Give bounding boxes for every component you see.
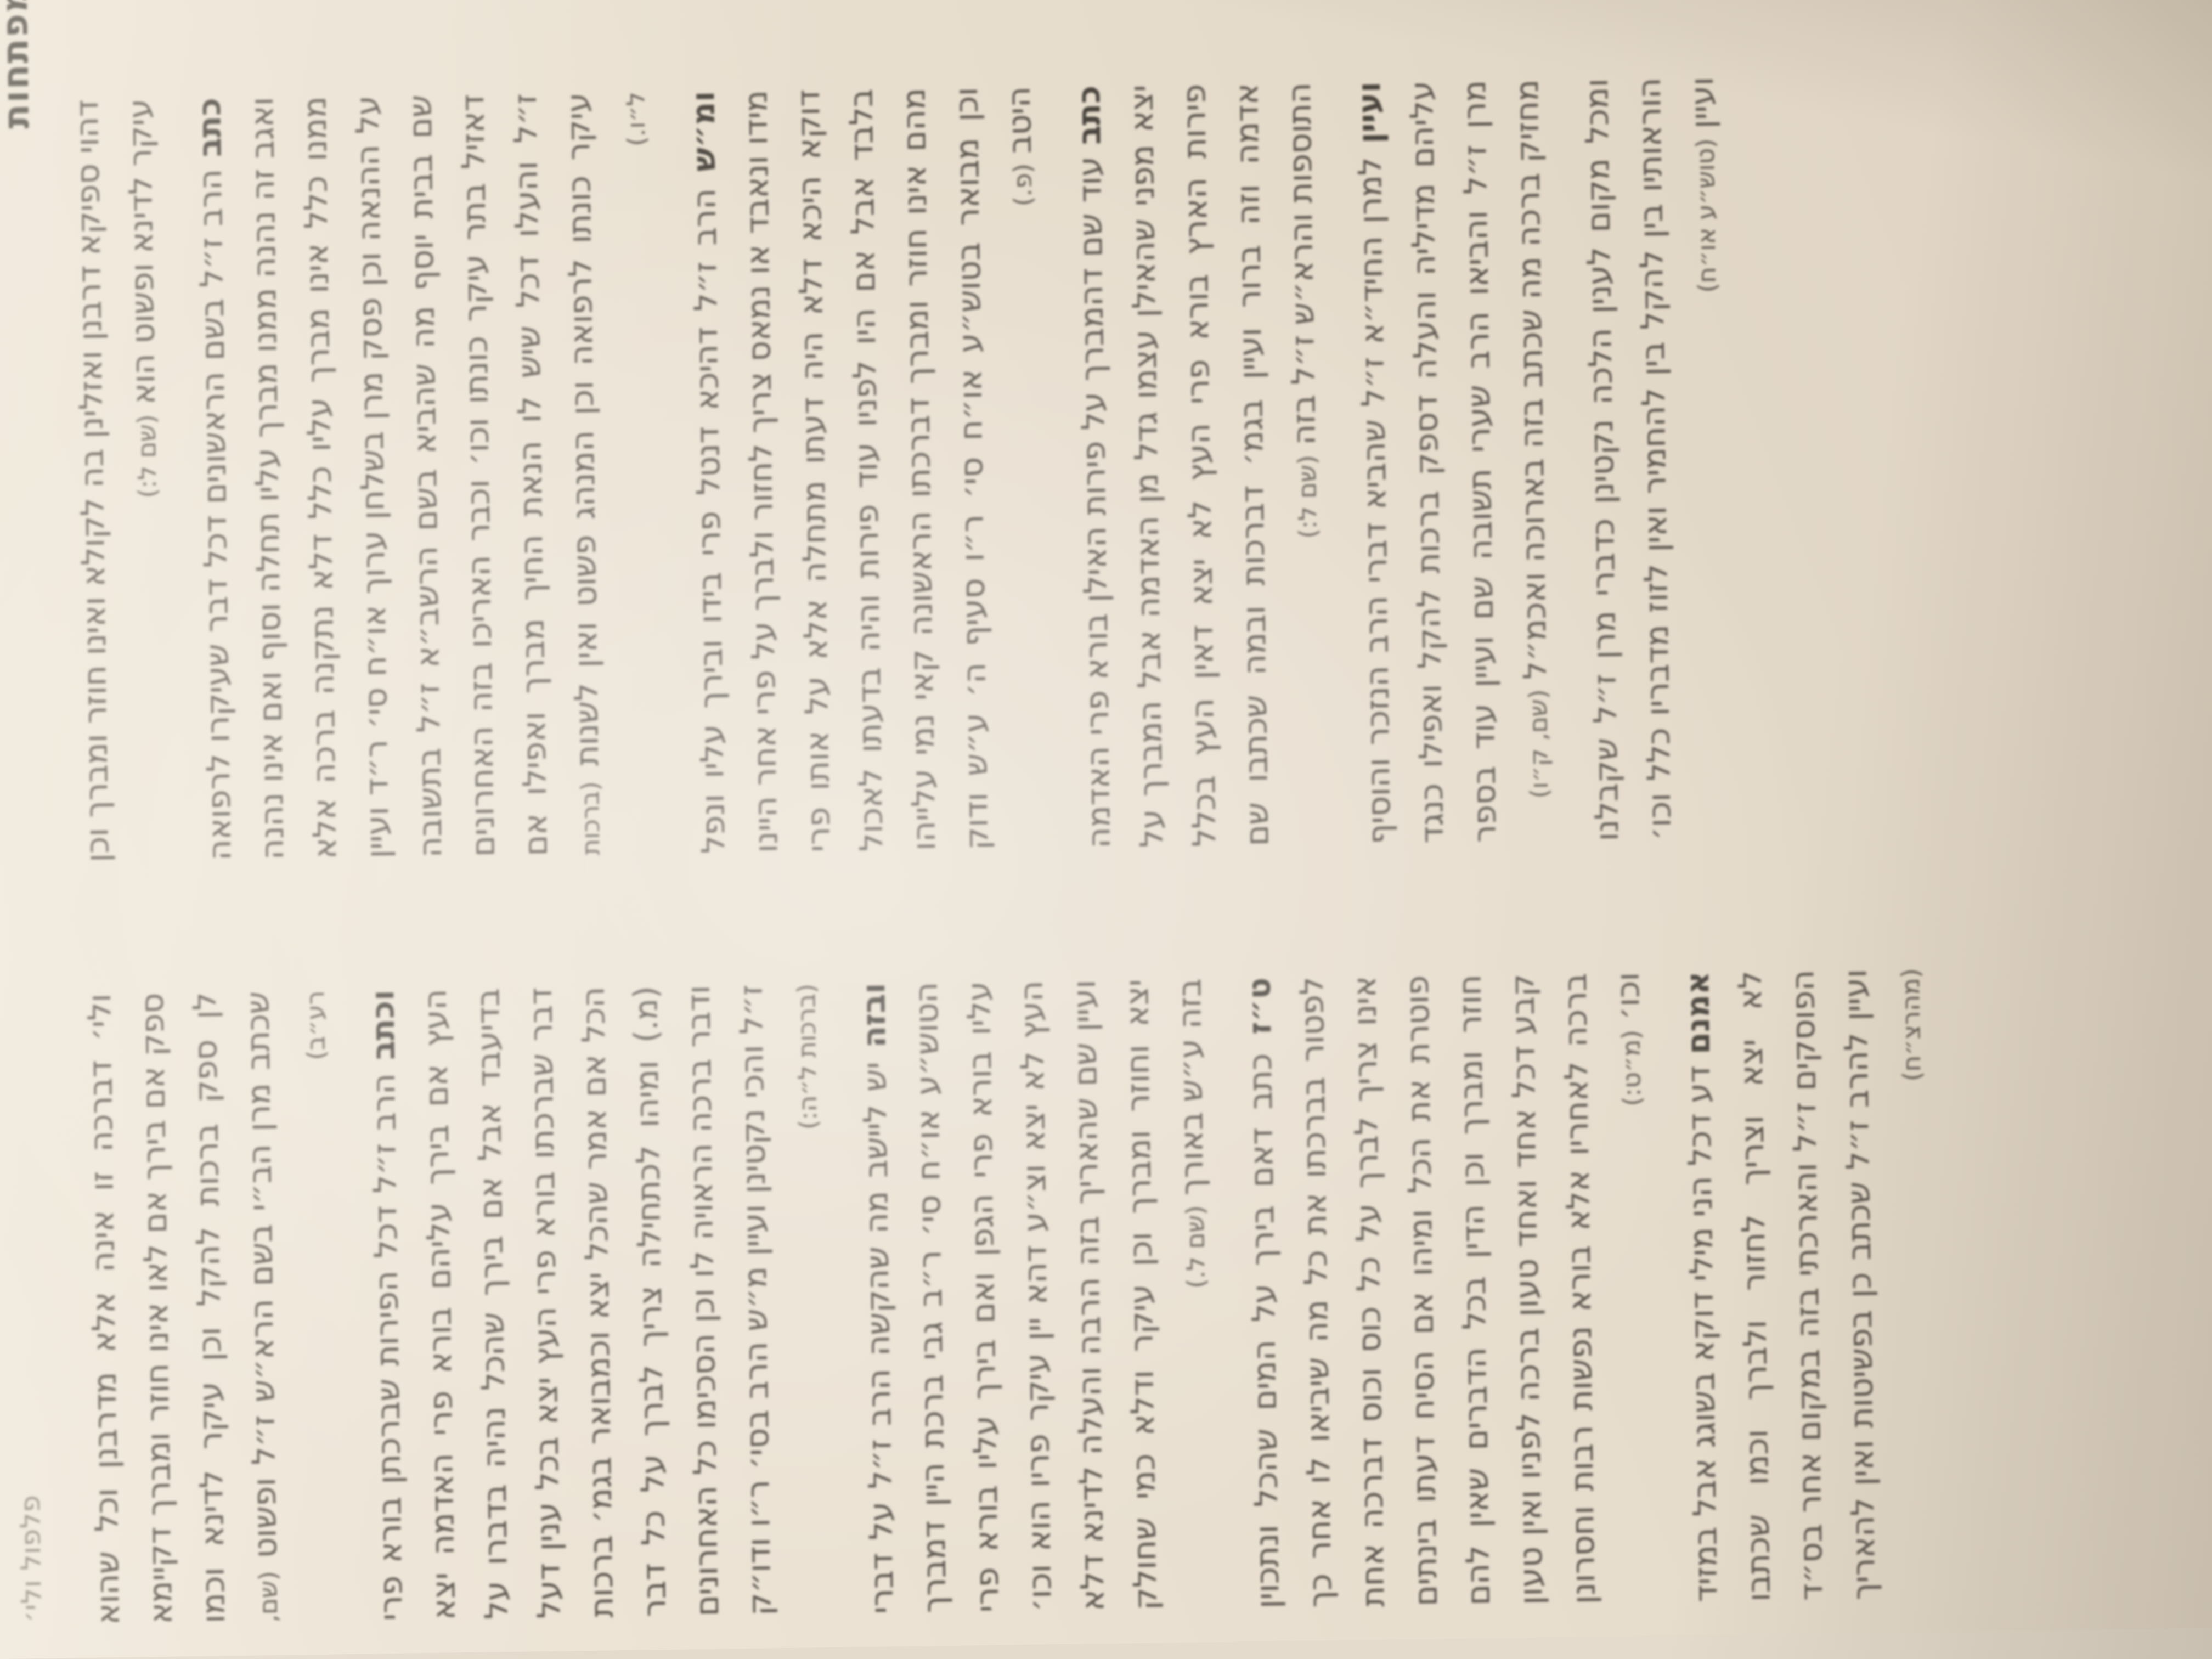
paragraph-lead-word: וכתב [364, 990, 402, 1074]
paragraph: דהוי ספיקא דרבנן ואזלינן בה לקולא ואינו … [60, 98, 179, 862]
paragraph: ט״ז כתב דאם בירך על המים שהכל ונתכוין לפ… [1233, 972, 1666, 1609]
citation: (מ״ט:) [1616, 1030, 1646, 1107]
paragraph: ובזה יש ליישב מה שהקשה הרב ז״ל על דברי ה… [847, 978, 1227, 1614]
paragraph-lead-word: כתב [1070, 86, 1108, 157]
paragraph-lead-word: כתב [190, 98, 229, 170]
citation: (שם ל.) [1181, 1205, 1211, 1289]
header-fragment: פלפול ולי׳ [14, 1494, 48, 1623]
paragraph-lead-word: ט״ז [1240, 977, 1279, 1053]
paragraph-lead-word: אמנם [1679, 971, 1717, 1066]
page-content: מפתחות פלפול ולי׳ ולי׳ דברכה זו אינה אלא… [0, 0, 2212, 1659]
paragraph-body: עוד שם דהמברך על פירות האילן בורא פרי הא… [1071, 82, 1323, 848]
citation: (שם ל:) [1293, 455, 1323, 539]
paragraph: ועיין למרן החיד״א ז״ל שהביא דברי הרב הנז… [1342, 79, 1566, 844]
paragraph-lead-word: ובזה [855, 983, 893, 1062]
paragraph-body: הרב ז״ל דהיכא דנטל פרי בידו ובירך עליו ו… [686, 86, 1039, 854]
paragraph: וכתב הרב ז״ל דכל הפירות שברכתן בורא פרי … [356, 984, 842, 1621]
citation: (טוש״ע או״ח) [1691, 138, 1722, 292]
paragraph: כתב הרב ז״ל בשם הראשונים דכל דבר שעיקרו … [183, 92, 673, 861]
paragraph: כתב עוד שם דהמברך על פירות האילן בורא פר… [1062, 82, 1339, 849]
column-left: דהוי ספיקא דרבנן ואזלינן בה לקולא ואינו … [60, 74, 1949, 862]
paragraph: ומכל מקום לענין הלכה נקטינן כדברי מרן ז״… [1570, 77, 1741, 842]
paragraph-body: כתב דאם בירך על המים שהכל ונתכוין לפטור … [1242, 972, 1647, 1609]
paragraph-body: יש ליישב מה שהקשה הרב ז״ל על דברי הטוש״ע… [856, 978, 1211, 1614]
paragraph-body: הרב ז״ל דכל הפירות שברכתן בורא פרי העץ א… [365, 984, 778, 1621]
page: מפתחות פלפול ולי׳ ולי׳ דברכה זו אינה אלא… [0, 0, 2212, 1659]
citation: (ברכות ל״ה:) [792, 984, 823, 1130]
citation: (שם, ק״ו) [1523, 689, 1554, 798]
citation: (שם ל:) [132, 414, 162, 498]
paragraph: ולי׳ דברכה זו אינה אלא מדרבנן וכל שהוא ס… [73, 990, 351, 1625]
citation: (פ.) [1008, 163, 1037, 206]
paragraph: אמנם דע דכל הני מילי דוקא בשוגג אבל במזי… [1671, 968, 1946, 1603]
paragraph-lead-word: ועיין [1350, 81, 1389, 157]
paragraph: ומ״ש הרב ז״ל דהיכא דנטל פרי בידו ובירך ע… [676, 86, 1058, 854]
paragraph-body: ולי׳ דברכה זו אינה אלא מדרבנן וכל שהוא ס… [81, 991, 284, 1625]
paragraph-lead-word: ומ״ש [684, 91, 723, 189]
column-right: ולי׳ דברכה זו אינה אלא מדרבנן וכל שהוא ס… [73, 968, 1960, 1625]
text-columns: ולי׳ דברכה זו אינה אלא מדרבנן וכל שהוא ס… [59, 0, 1960, 1625]
header-title: מפתחות [0, 0, 37, 129]
paragraph-body: הרב ז״ל בשם הראשונים דכל דבר שעיקרו לרפו… [191, 93, 606, 861]
book-page-photo: מפתחות פלפול ולי׳ ולי׳ דברכה זו אינה אלא… [0, 0, 2212, 1659]
citation: (מהרצ״ח) [1896, 968, 1927, 1081]
